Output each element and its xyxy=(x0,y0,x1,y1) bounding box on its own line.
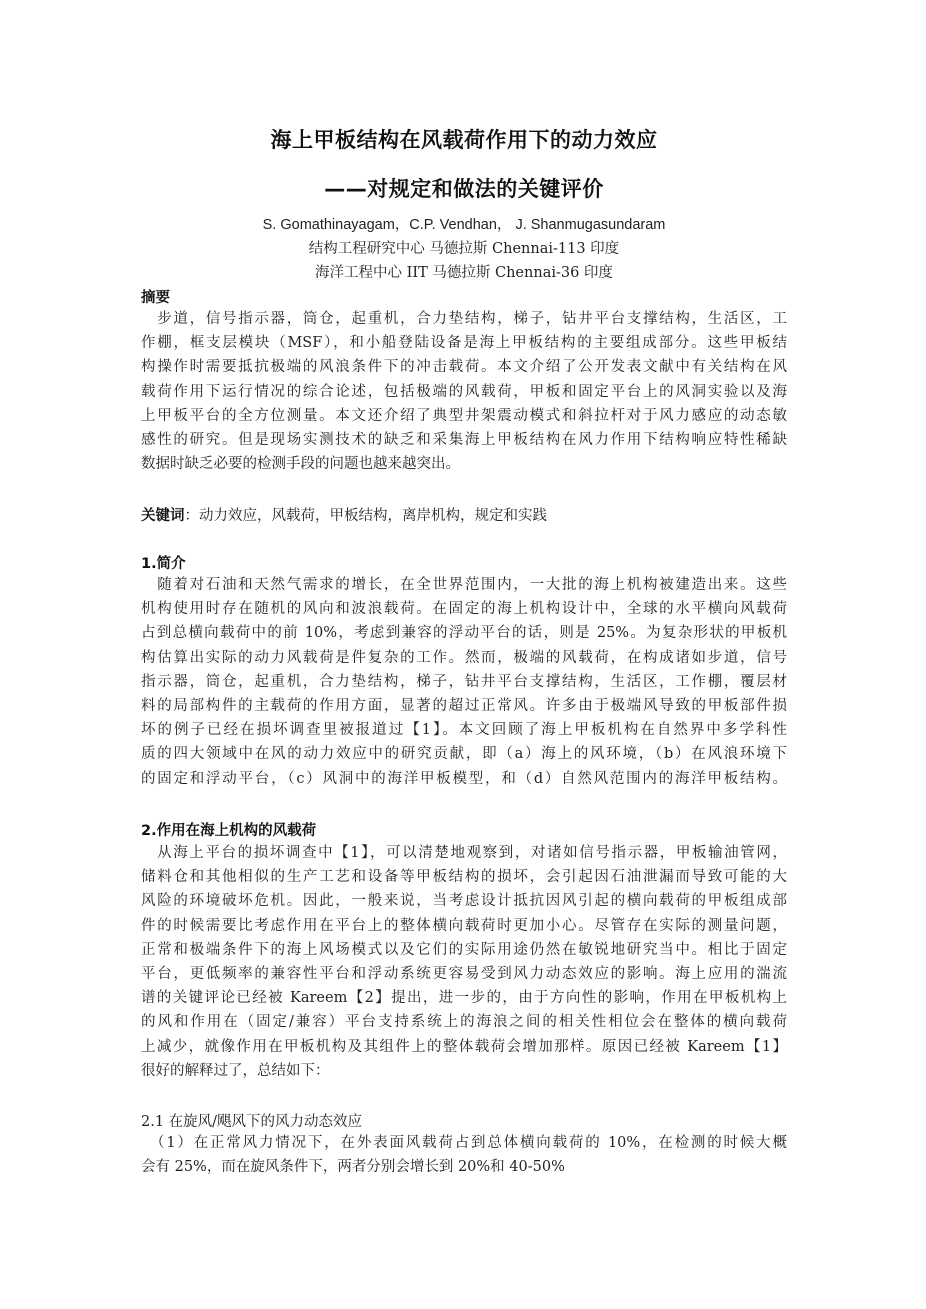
section-2-line: 上减少，就像作用在甲板机构及其组件上的整体载荷会增加那样。原因已经被 Karee… xyxy=(141,1035,787,1059)
section-1-line: 的固定和浮动平台，（c）风洞中的海洋甲板模型，和（d）自然风范围内的海洋甲板结构… xyxy=(141,767,787,791)
keywords-line: 关键词：动力效应，风载荷，甲板结构，离岸机构，规定和实践 xyxy=(141,504,547,525)
abstract-heading: 摘要 xyxy=(141,286,170,307)
section-1-line: 坏的例子已经在损坏调查里被报道过【1】。本文回顾了海上甲板机构在自然界中多学科性 xyxy=(141,718,787,742)
abstract-line: 构操作时需要抵抗极端的风浪条件下的冲击载荷。本文介绍了公开发表文献中有关结构在风 xyxy=(141,355,787,379)
paper-title: 海上甲板结构在风载荷作用下的动力效应 xyxy=(141,124,787,154)
section-1-line: 机构使用时存在随机的风向和波浪载荷。在固定的海上机构设计中，全球的水平横向风载荷 xyxy=(141,597,787,621)
section-2-line: 的风和作用在（固定/兼容）平台支持系统上的海浪之间的相关性相位会在整体的横向载荷 xyxy=(141,1010,787,1034)
section-1-line: 随着对石油和天然气需求的增长，在全世界范围内，一大批的海上机构被建造出来。这些 xyxy=(141,573,787,597)
subsection-line: 会有 25%，而在旋风条件下，两者分别会增长到 20%和 40-50% xyxy=(141,1155,787,1179)
abstract-line: 感性的研究。但是现场实测技术的缺乏和采集海上甲板结构在风力作用下结构响应特性稀缺 xyxy=(141,428,787,452)
subsection-2-1-heading: 2.1 在旋风/飓风下的风力动态效应 xyxy=(141,1110,362,1131)
section-1-heading: 1.简介 xyxy=(141,552,186,573)
abstract-line: 作棚，框支层模块（MSF），和小船登陆设备是海上甲板结构的主要组成部分。这些甲板… xyxy=(141,331,787,355)
section-2-line: 从海上平台的损坏调查中【1】，可以清楚地观察到，对诸如信号指示器，甲板输油管网， xyxy=(141,841,787,865)
abstract-line: 数据时缺乏必要的检测手段的问题也越来越突出。 xyxy=(141,452,787,476)
section-2-heading: 2.作用在海上机构的风载荷 xyxy=(141,819,316,840)
section-2-line: 很好的解释过了，总结如下： xyxy=(141,1059,787,1083)
section-2-line: 件的时候需要比考虑作用在平台上的整体横向载荷时更加小心。尽管存在实际的测量问题， xyxy=(141,914,787,938)
abstract-line: 载荷作用下运行情况的综合论述，包括极端的风载荷，甲板和固定平台上的风洞实验以及海 xyxy=(141,380,787,404)
abstract-paragraph: 步道，信号指示器，筒仓，起重机，合力垫结构，梯子，钻井平台支撑结构，生活区，工 … xyxy=(141,307,787,476)
section-2-line: 储料仓和其他相似的生产工艺和设备等甲板结构的损坏，会引起因石油泄漏而导致可能的大 xyxy=(141,865,787,889)
section-1-paragraph: 随着对石油和天然气需求的增长，在全世界范围内，一大批的海上机构被建造出来。这些 … xyxy=(141,573,787,791)
subsection-2-1-paragraph: （1）在正常风力情况下，在外表面风载荷占到总体横向载荷的 10%，在检测的时候大… xyxy=(141,1131,787,1179)
section-2-line: 风险的环境破坏危机。因此，一般来说，当考虑设计抵抗因风引起的横向载荷的甲板组成部 xyxy=(141,889,787,913)
section-1-line: 构估算出实际的动力风载荷是件复杂的工作。然而，极端的风载荷，在构成诸如步道，信号 xyxy=(141,646,787,670)
section-2-paragraph: 从海上平台的损坏调查中【1】，可以清楚地观察到，对诸如信号指示器，甲板输油管网，… xyxy=(141,841,787,1083)
section-1-line: 质的四大领域中在风的动力效应中的研究贡献，即（a）海上的风环境，（b）在风浪环境… xyxy=(141,742,787,766)
abstract-line: 步道，信号指示器，筒仓，起重机，合力垫结构，梯子，钻井平台支撑结构，生活区，工 xyxy=(141,307,787,331)
keywords-label: 关键词 xyxy=(141,508,185,524)
affiliation-1: 结构工程研究中心 马德拉斯 Chennai-113 印度 xyxy=(141,237,787,258)
abstract-line: 上甲板平台的全方位测量。本文还介绍了典型井架震动模式和斜拉杆对于风力感应的动态敏 xyxy=(141,404,787,428)
affiliation-2: 海洋工程中心 IIT 马德拉斯 Chennai-36 印度 xyxy=(141,261,787,282)
keywords-separator: ： xyxy=(185,508,200,524)
section-1-line: 占到总横向载荷中的前 10%，考虑到兼容的浮动平台的话，则是 25%。为复杂形状… xyxy=(141,621,787,645)
section-2-line: 正常和极端条件下的海上风场模式以及它们的实际用途仍然在敏锐地研究当中。相比于固定 xyxy=(141,938,787,962)
section-2-line: 平台，更低频率的兼容性平台和浮动系统更容易受到风力动态效应的影响。海上应用的湍流 xyxy=(141,962,787,986)
section-2-line: 谱的关键评论已经被 Kareem【2】提出，进一步的，由于方向性的影响，作用在甲… xyxy=(141,986,787,1010)
author-list: S. Gomathinayagam，C.P. Vendhan， J. Shanm… xyxy=(141,213,787,234)
keywords-value: 动力效应，风载荷，甲板结构，离岸机构，规定和实践 xyxy=(199,508,547,524)
subsection-line: （1）在正常风力情况下，在外表面风载荷占到总体横向载荷的 10%，在检测的时候大… xyxy=(141,1131,787,1155)
paper-subtitle: ——对规定和做法的关键评价 xyxy=(141,173,787,203)
section-1-line: 料的局部构件的主载荷的作用方面，显著的超过正常风。许多由于极端风导致的甲板部件损 xyxy=(141,694,787,718)
section-1-line: 指示器，筒仓，起重机，合力垫结构，梯子，钻井平台支撑结构，生活区，工作棚，覆层材 xyxy=(141,670,787,694)
